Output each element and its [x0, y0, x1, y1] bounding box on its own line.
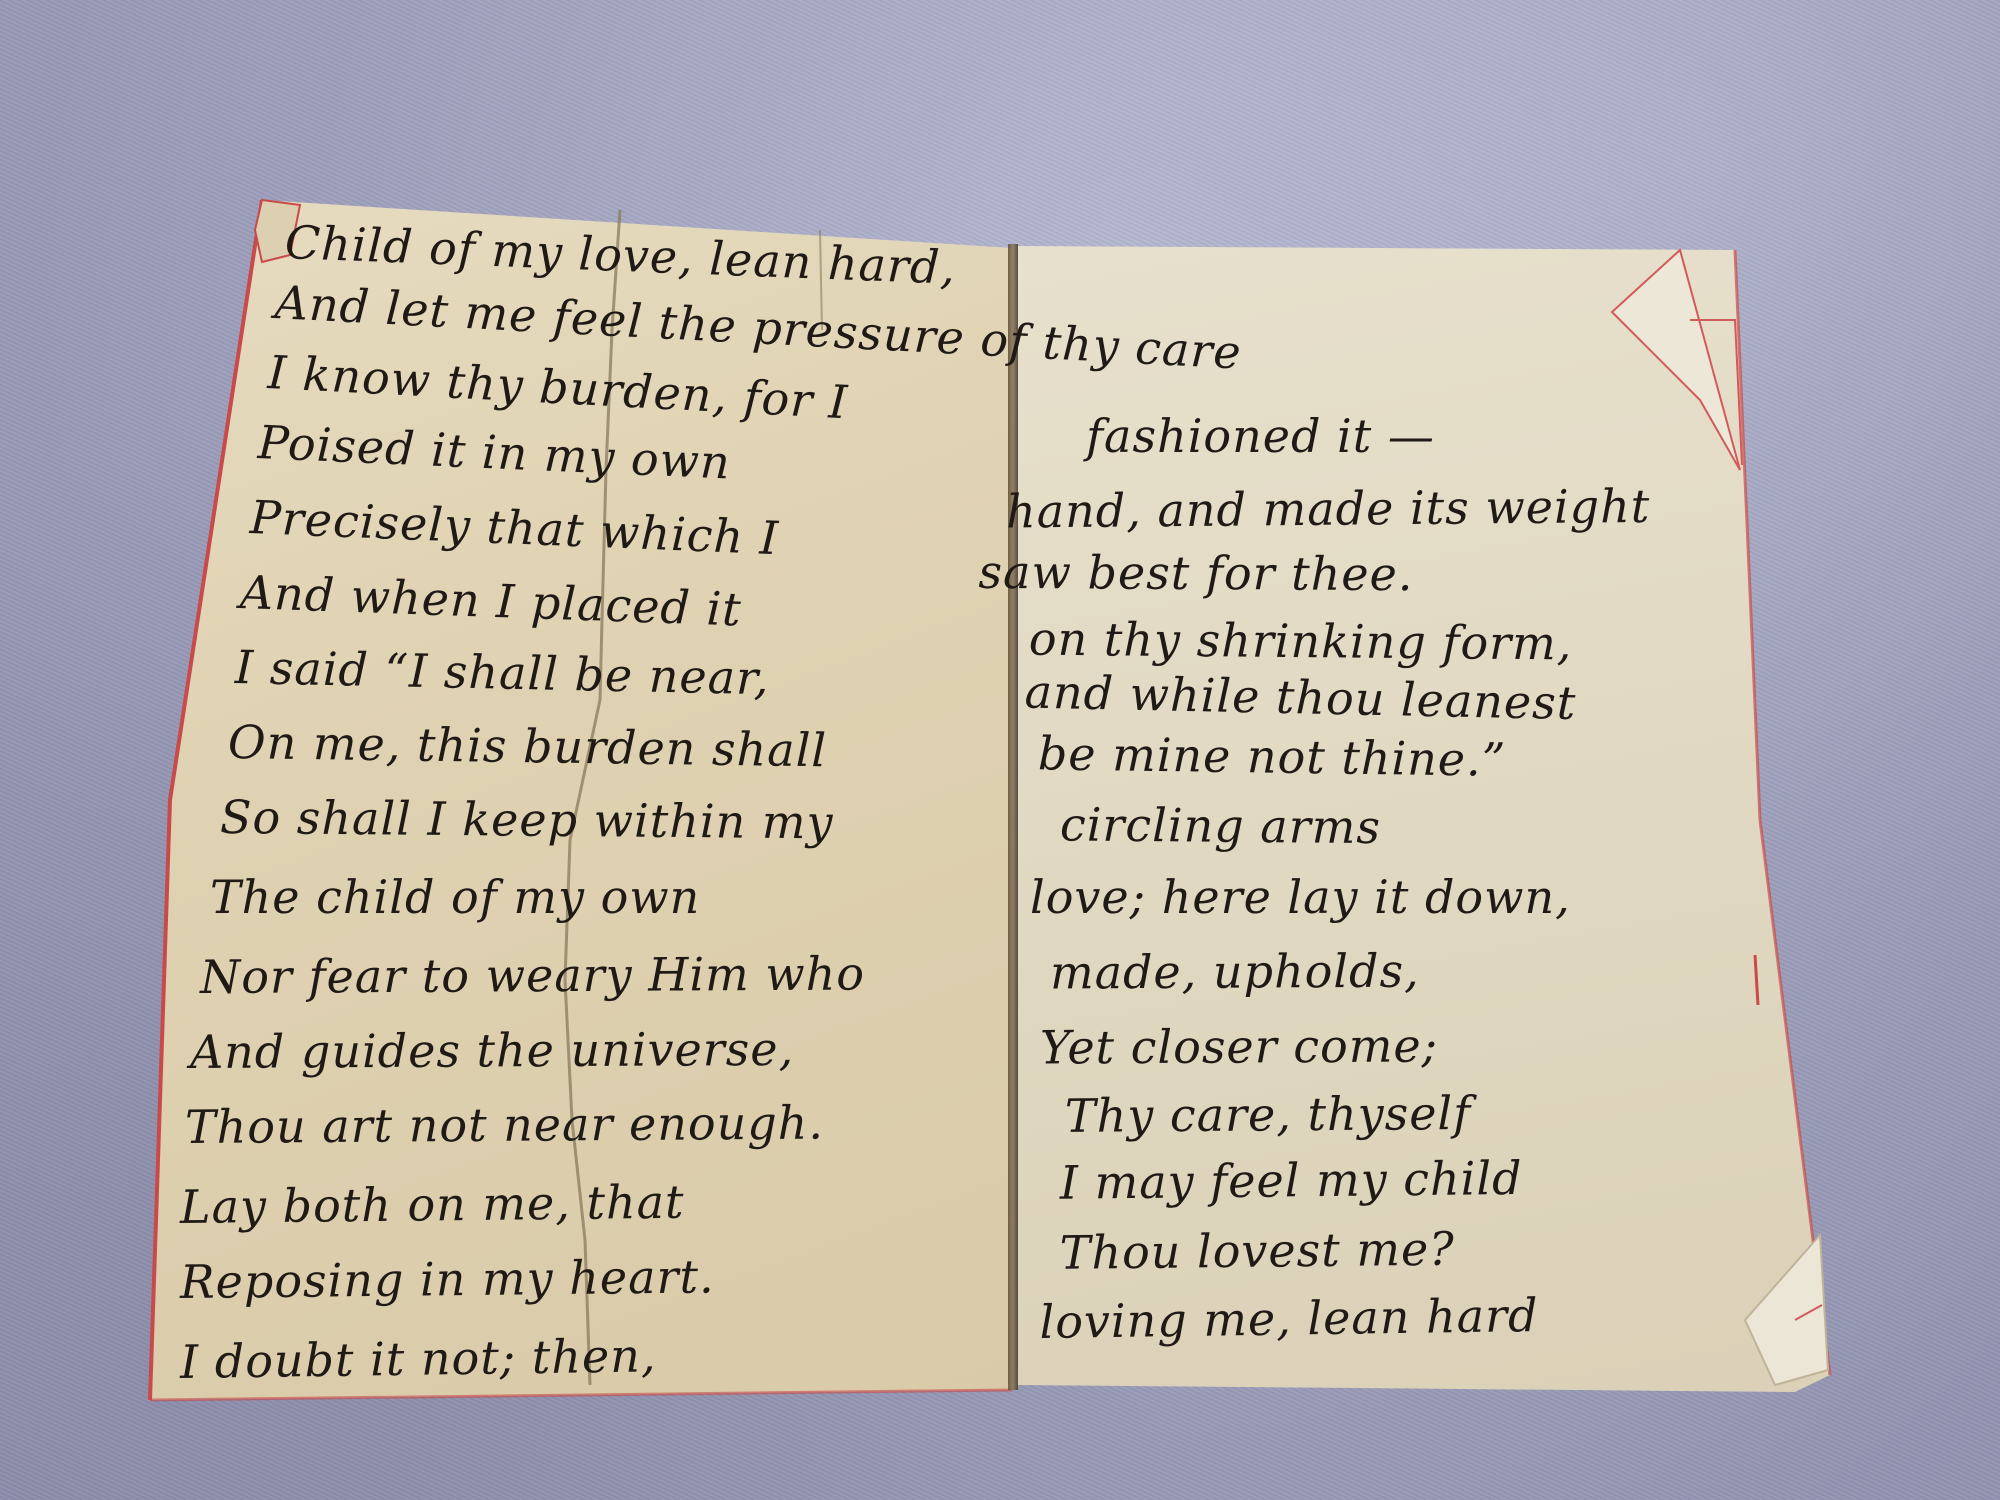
poem-line-7-left: I said “I shall be near, — [234, 640, 770, 705]
poem-line-13-left: Thou art not near enough. — [185, 1096, 824, 1154]
poem-line-7: I said “I shall be near, and while thou … — [234, 640, 770, 705]
poem-line-5-left: Precisely that which I — [249, 490, 780, 565]
poem-line-12: And guides the universe, Yet closer come… — [190, 1022, 794, 1079]
handwritten-poem: Child of my love, lean hard, And let me … — [0, 0, 2000, 1500]
poem-line-5-right: saw best for thee. — [978, 545, 1413, 601]
poem-line-6-right: on thy shrinking form, — [1029, 612, 1573, 671]
poem-line-6-left: And when I placed it — [239, 565, 743, 636]
poem-line-10-left: The child of my own — [210, 870, 700, 924]
poem-line-8-right: be mine not thine.” — [1038, 726, 1507, 787]
poem-line-5: Precisely that which I saw best for thee… — [249, 490, 780, 565]
poem-line-15: Reposing in my heart. Thou lovest me? — [180, 1249, 715, 1309]
poem-line-3: I know thy burden, for I fashioned it — — [267, 345, 850, 429]
poem-line-16-left: I doubt it not; then, — [180, 1328, 657, 1389]
poem-line-14: Lay both on me, that I may feel my child — [180, 1175, 685, 1234]
poem-line-3-left: I know thy burden, for I — [267, 345, 850, 429]
poem-line-12-right: Yet closer come; — [1040, 1018, 1438, 1074]
poem-line-9: So shall I keep within my circling arms — [220, 790, 834, 849]
poem-line-13-right: Thy care, thyself — [1065, 1086, 1472, 1143]
poem-line-15-right: Thou lovest me? — [1059, 1222, 1455, 1280]
poem-line-16: I doubt it not; then, loving me, lean ha… — [180, 1328, 657, 1389]
poem-line-3-right: fashioned it — — [1086, 409, 1435, 463]
poem-line-11: Nor fear to weary Him who made, upholds, — [200, 947, 865, 1004]
poem-line-9-left: So shall I keep within my — [220, 790, 834, 849]
poem-line-11-right: made, upholds, — [1050, 944, 1420, 1000]
poem-line-4-left: Poised it in my own — [257, 415, 732, 490]
poem-line-4: Poised it in my own hand, and made its w… — [257, 415, 732, 490]
poem-line-15-left: Reposing in my heart. — [180, 1249, 715, 1309]
poem-line-4-right: hand, and made its weight — [1006, 479, 1651, 539]
poem-line-7-right: and while thou leanest — [1024, 665, 1577, 731]
poem-line-9-right: circling arms — [1060, 797, 1381, 854]
poem-line-8: On me, this burden shall be mine not thi… — [228, 715, 828, 777]
poem-line-12-left: And guides the universe, — [190, 1022, 794, 1079]
poem-line-10-right: love; here lay it down, — [1030, 870, 1571, 924]
poem-line-13: Thou art not near enough. Thy care, thys… — [185, 1096, 824, 1154]
poem-line-8-left: On me, this burden shall — [228, 715, 828, 777]
poem-line-10: The child of my own love; here lay it do… — [210, 870, 700, 924]
poem-line-6: And when I placed it on thy shrinking fo… — [239, 565, 743, 636]
poem-line-14-left: Lay both on me, that — [180, 1175, 685, 1234]
poem-line-16-right: loving me, lean hard — [1039, 1288, 1539, 1349]
open-notebook: Child of my love, lean hard, And let me … — [0, 0, 2000, 1500]
poem-line-11-left: Nor fear to weary Him who — [200, 947, 865, 1004]
poem-line-14-right: I may feel my child — [1060, 1151, 1523, 1210]
